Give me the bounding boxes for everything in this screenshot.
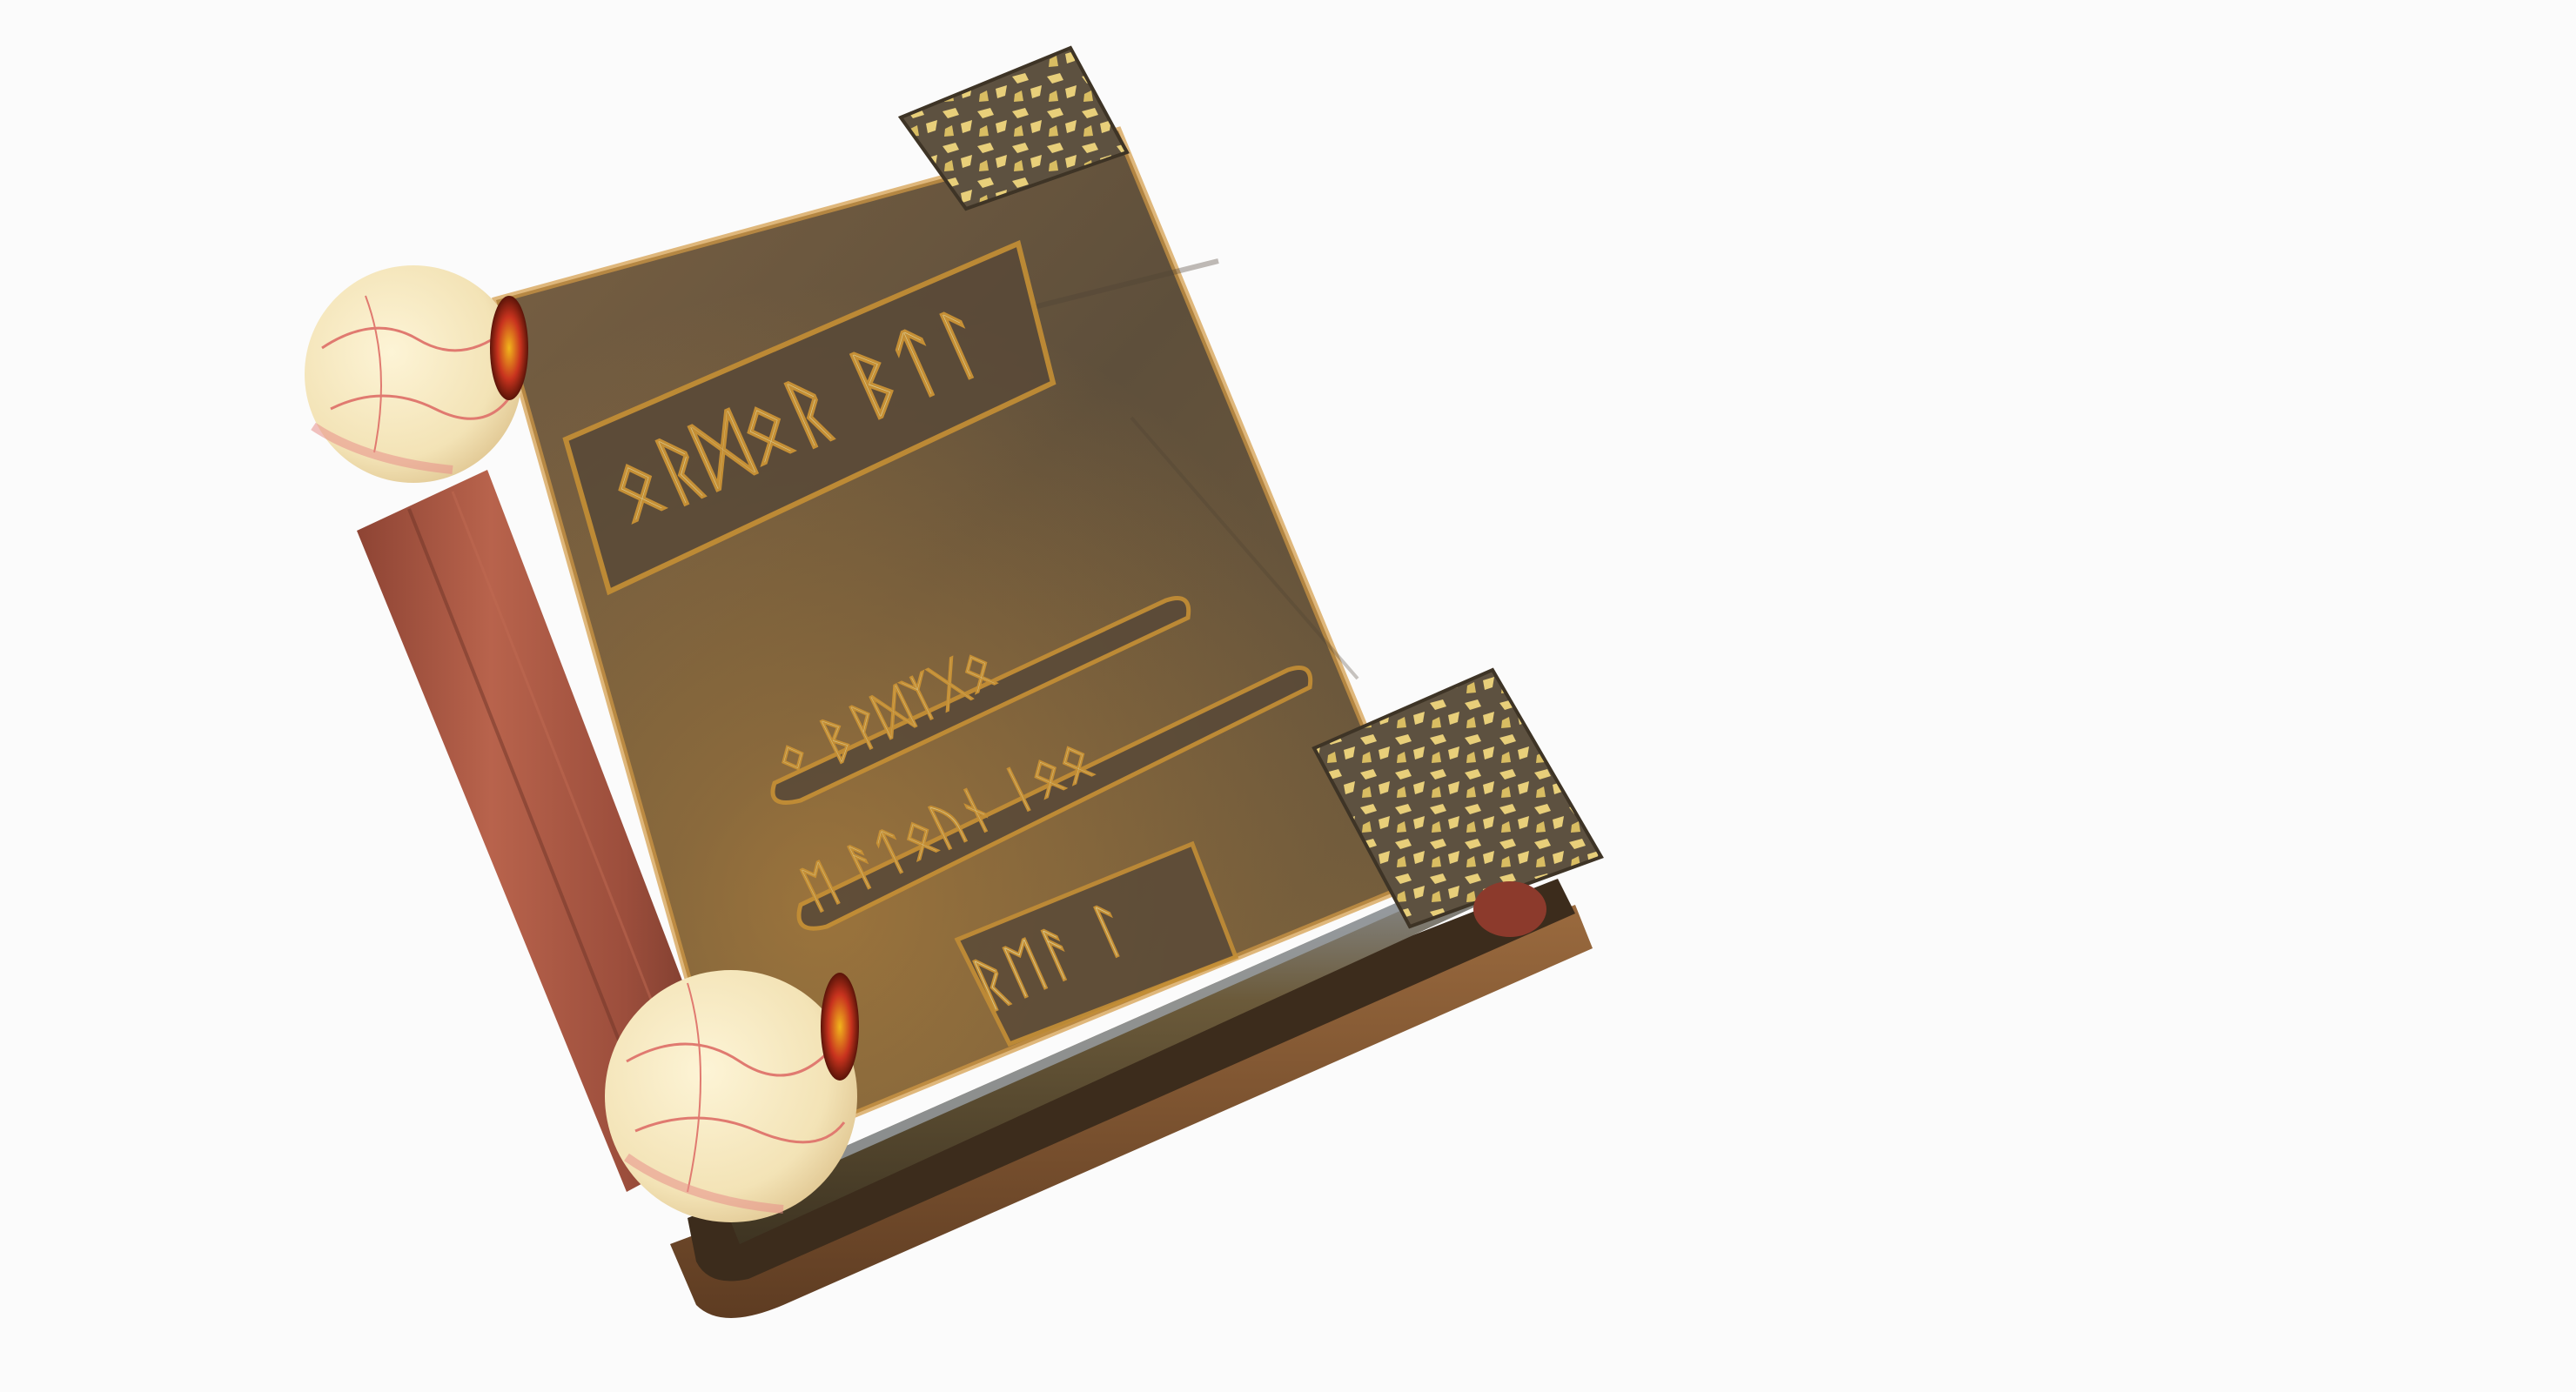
spine-bead <box>1473 881 1546 937</box>
scene-stage: ᛟᚱᛞᛟᚱ ᛒᛏᛚ ᛜ ᛒᚹᛞᛉᚷᛟ ᛖ ᚨᛏᛟᚢᚾ ᛁᛟᛟ ᚱᛖᚨ ᛚ <box>0 0 2576 1392</box>
eyeball-bottom-icon <box>605 970 859 1222</box>
spellbook-render: ᛟᚱᛞᛟᚱ ᛒᛏᛚ ᛜ ᛒᚹᛞᛉᚷᛟ ᛖ ᚨᛏᛟᚢᚾ ᛁᛟᛟ ᚱᛖᚨ ᛚ <box>0 0 2576 1392</box>
